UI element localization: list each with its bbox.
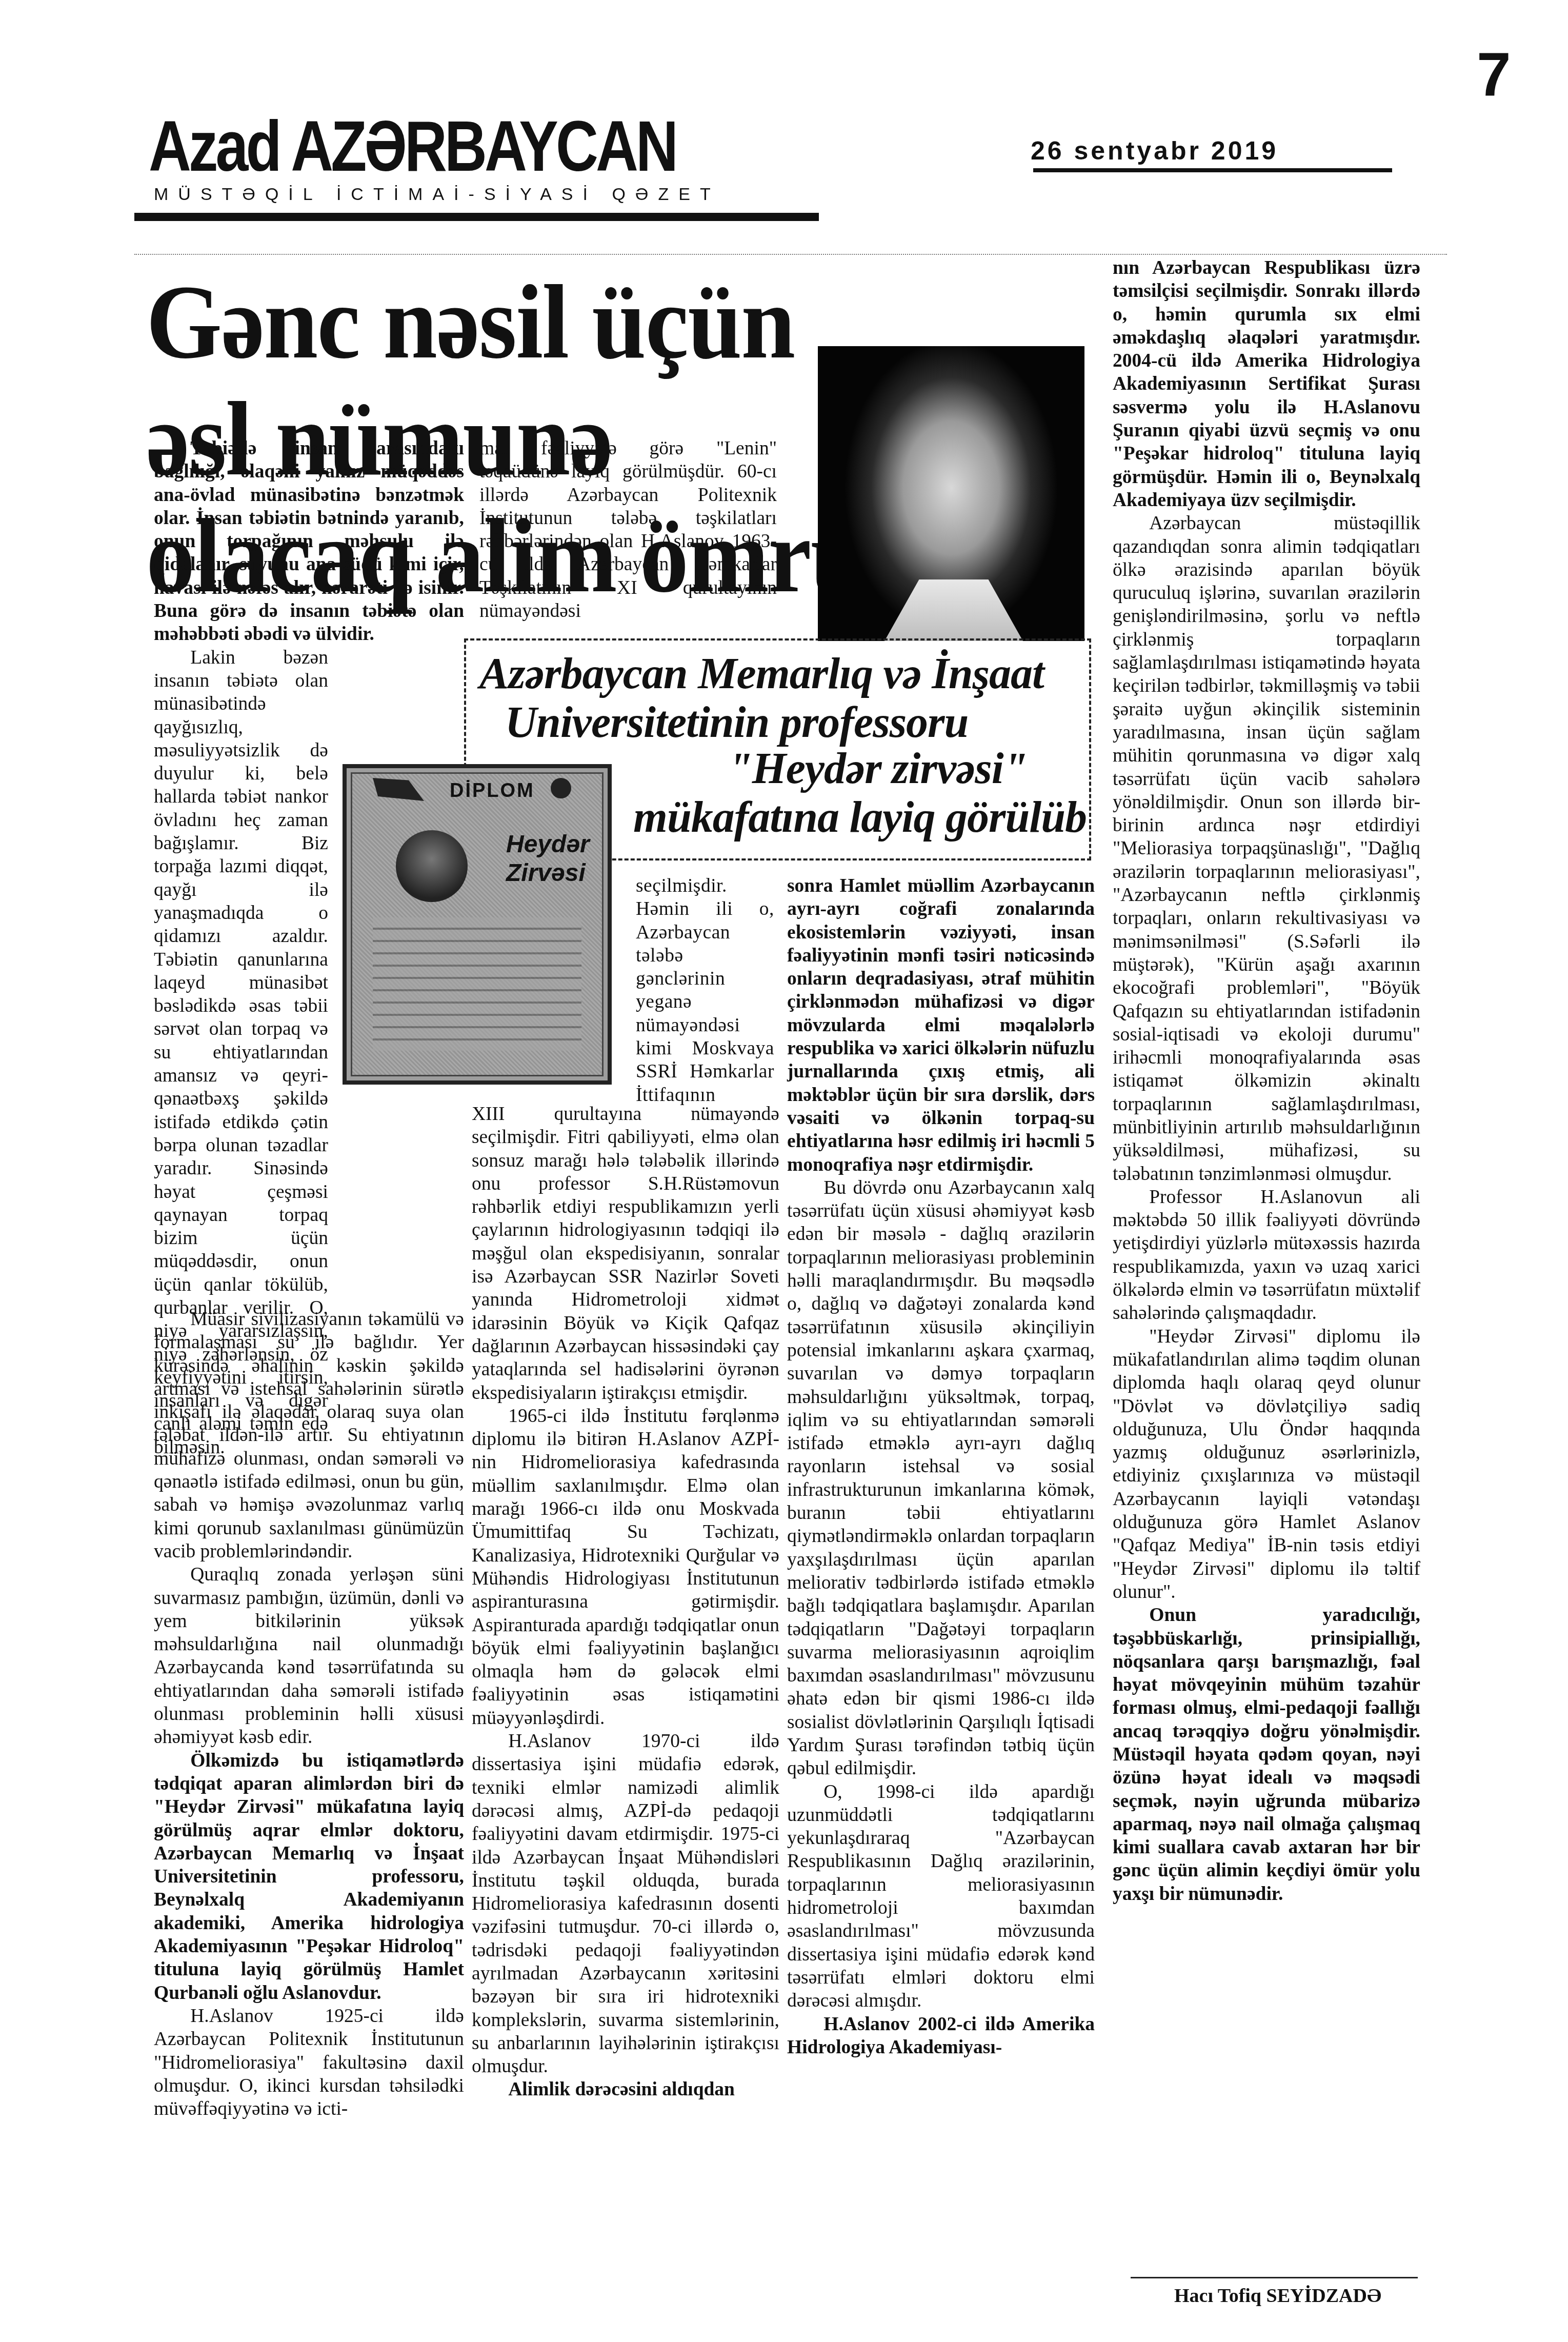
paragraph: 1965-ci ildə İnstitutu fərqlənmə diplomu… bbox=[472, 1405, 779, 1730]
paragraph-bold: nın Azərbaycan Respublikası üzrə təmsilç… bbox=[1113, 256, 1420, 512]
paragraph: H.Aslanov 1925-ci ildə Azərbaycan Polite… bbox=[154, 2005, 464, 2120]
flag-icon bbox=[373, 778, 424, 801]
subheadline-line-3: "Heydər zirvəsi" bbox=[728, 746, 1027, 790]
column-2-top: mai fəaliyyətə görə "Lenin" təqaüdünə la… bbox=[479, 437, 777, 623]
emblem-icon bbox=[551, 778, 571, 798]
portrait-photo bbox=[818, 346, 1084, 641]
author-rule bbox=[1131, 2277, 1418, 2278]
paragraph: Bu dövrdə onu Azərbaycanın xalq təsərrüf… bbox=[787, 1176, 1095, 1780]
paragraph: XIII qurultayına nümayəndə seçilmişdir. … bbox=[472, 1103, 779, 1405]
issue-date: 26 sentyabr 2019 bbox=[1031, 136, 1278, 166]
column-4: nın Azərbaycan Respublikası üzrə təmsilç… bbox=[1113, 256, 1420, 1906]
paragraph: O, 1998-ci ildə apardığı uzunmüddətli tə… bbox=[787, 1780, 1095, 2013]
paragraph: "Heydər Zirvəsi" diplomu ilə mükafatland… bbox=[1113, 1325, 1420, 1604]
diploma-title: DİPLOM bbox=[450, 780, 535, 802]
paragraph: H.Aslanov 1970-ci ildə dissertasiya işin… bbox=[472, 1730, 779, 2078]
diploma-award-name: Heydər Zirvəsi bbox=[506, 830, 590, 888]
header-divider bbox=[134, 254, 1447, 256]
subheadline-line-4: mükafatına layiq görülüb bbox=[633, 795, 1087, 839]
subheadline-line-1: Azərbaycan Memarlıq və İnşaat bbox=[479, 651, 1044, 695]
diploma-text-lines bbox=[373, 917, 581, 1051]
newspaper-title: Azad AZƏRBAYCAN bbox=[149, 110, 676, 182]
masthead-rule bbox=[134, 213, 819, 221]
lead-paragraph: Təbiətlə insan arasındakı bağlılığı, əla… bbox=[154, 437, 464, 646]
paragraph-bold: Alimlik dərəcəsini aldıqdan bbox=[472, 2078, 779, 2101]
paragraph-bold: H.Aslanov 2002-ci ildə Amerika Hidrologi… bbox=[787, 2013, 1095, 2059]
paragraph: Quraqlıq zonada yerləşən süni suvarmasız… bbox=[154, 1563, 464, 1749]
paragraph-bold: Onun yaradıcılığı, təşəbbüskarlığı, prin… bbox=[1113, 1604, 1420, 1906]
newspaper-tagline: MÜSTƏQİL İCTİMAİ-SİYASİ QƏZET bbox=[154, 186, 720, 203]
paragraph-bold: Ölkəmizdə bu istiqamətlərdə tədqiqat apa… bbox=[154, 1749, 464, 2005]
column-3: sonra Hamlet müəllim Azərbaycanın ayrı-a… bbox=[787, 874, 1095, 2059]
author-byline: Hacı Tofiq SEYİDZADƏ bbox=[1174, 2285, 1381, 2307]
diploma-portrait bbox=[396, 830, 468, 902]
date-rule bbox=[1033, 168, 1392, 172]
page-number: 7 bbox=[1477, 44, 1511, 105]
subheadline-line-2: Universitetinin professoru bbox=[505, 700, 968, 744]
column-2-lower: XIII qurultayına nümayəndə seçilmişdir. … bbox=[472, 1103, 779, 2101]
paragraph: Azərbaycan müstəqillik qazandıqdan sonra… bbox=[1113, 512, 1420, 1186]
paragraph: Müasir sivilizasiyanın təkamülü və forma… bbox=[154, 1308, 464, 1563]
column-1-lower: Müasir sivilizasiyanın təkamülü və forma… bbox=[154, 1308, 464, 2120]
paragraph: mai fəaliyyətə görə "Lenin" təqaüdünə la… bbox=[479, 437, 777, 623]
diploma-image: DİPLOM Heydər Zirvəsi bbox=[343, 764, 612, 1085]
paragraph-bold: sonra Hamlet müəllim Azərbaycanın ayrı-a… bbox=[787, 874, 1095, 1176]
paragraph: Professor H.Aslanovun ali məktəbdə 50 il… bbox=[1113, 1186, 1420, 1325]
column-2-narrow: seçilmişdir. Həmin ili o, Azərbaycan təl… bbox=[636, 874, 774, 1107]
